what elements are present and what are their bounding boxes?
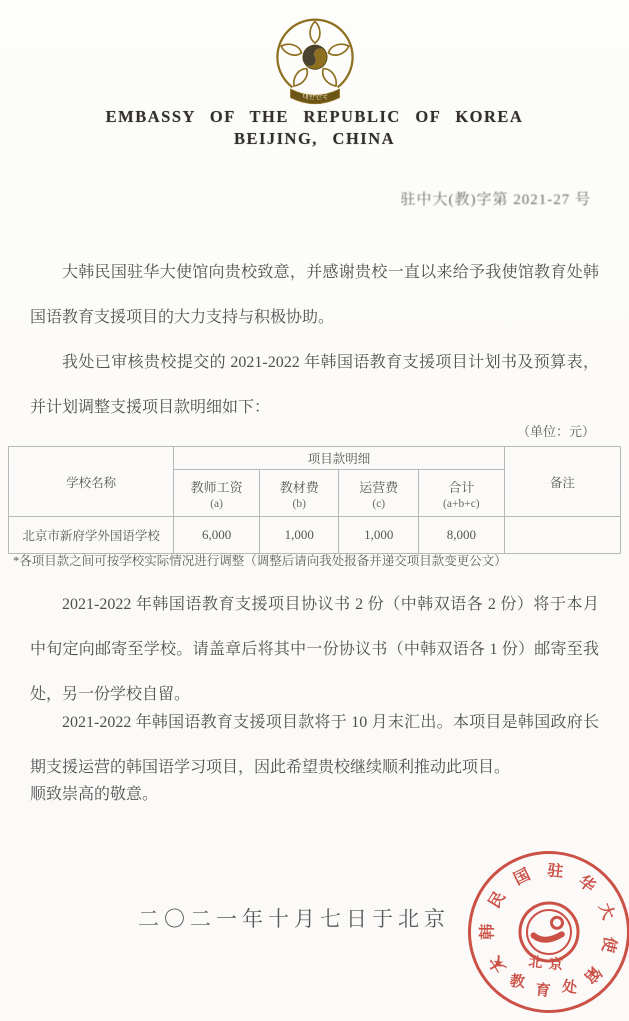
header-code: (a) (175, 498, 258, 510)
stamp-glyph: 北 (528, 957, 543, 972)
header-code: (b) (261, 498, 338, 510)
stamp-glyph: 驻 (546, 864, 564, 882)
embassy-title-line1: EMBASSY OF THE REPUBLIC OF KOREA (0, 106, 629, 128)
korea-national-emblem-icon: 대한민국 (268, 10, 362, 115)
cell-operation-fee: 1,000 (339, 517, 419, 554)
paragraph-greeting: 大韩民国驻华大使馆向贵校致意，并感谢贵校一直以来给予我使馆教育处韩国语教育支援项… (30, 250, 599, 340)
table-header-operation-fee: 运营费 (c) (339, 470, 419, 517)
header-label: 教材费 (280, 480, 319, 495)
emblem-banner-text: 대한민국 (302, 92, 328, 101)
header-code: (a+b+c) (420, 498, 503, 510)
cell-school-name: 北京市新府学外国语学校 (9, 517, 174, 554)
stamp-glyph: 育 (534, 983, 551, 999)
stamp-glyph: 使 (598, 935, 617, 954)
table-header-group: 项目款明细 (174, 447, 504, 470)
paragraph-review: 我处已审核贵校提交的 2021-2022 年韩国语教育支援项目计划书及预算表，并… (30, 340, 599, 430)
embassy-title-line2: BEIJING, CHINA (0, 128, 629, 150)
table-header-school: 学校名称 (9, 447, 174, 517)
embassy-education-office-stamp-icon: 大韩民国驻华大使馆★教育处★北京 (460, 843, 629, 1021)
cell-total: 8,000 (419, 517, 505, 554)
stamp-glyph: 京 (548, 959, 563, 974)
date-line: 二〇二一年十月七日于北京 (138, 903, 450, 933)
header-label: 合计 (448, 480, 474, 495)
stamp-glyph: 民 (487, 889, 509, 911)
header-code: (c) (340, 498, 417, 510)
table-row: 北京市新府学外国语学校 6,000 1,000 1,000 8,000 (9, 517, 621, 554)
cell-textbook-fee: 1,000 (259, 517, 339, 554)
table-header-teacher-salary: 教师工资 (a) (174, 470, 260, 517)
stamp-glyph: 华 (575, 873, 597, 895)
stamp-glyph: 大 (595, 901, 616, 922)
closing-salutation: 顺致崇高的敬意。 (30, 772, 599, 817)
stamp-glyph: ★ (587, 968, 598, 980)
table-header-textbook-fee: 教材费 (b) (259, 470, 339, 517)
stamp-glyph: 国 (512, 867, 533, 888)
official-letter-page: 대한민국 EMBASSY OF THE REPUBLIC OF KOREA BE… (0, 0, 629, 1021)
stamp-glyph: ★ (493, 958, 504, 970)
header-label: 教师工资 (191, 480, 243, 495)
stamp-glyph: 教 (509, 975, 526, 991)
table-header-total: 合计 (a+b+c) (419, 470, 505, 517)
cell-remark (504, 517, 620, 554)
reference-number: 驻中大(教)字第 2021-27 号 (401, 188, 592, 209)
cell-teacher-salary: 6,000 (174, 517, 260, 554)
stamp-glyph: 处 (561, 980, 578, 996)
stamp-glyph: 韩 (481, 924, 497, 940)
paragraph-agreement: 2021-2022 年韩国语教育支援项目协议书 2 份（中韩双语各 2 份）将于… (30, 582, 599, 717)
table-footnote: *各项目款之间可按学校实际情况进行调整（调整后请向我处报备并递交项目款变更公文） (13, 551, 609, 569)
header-label: 运营费 (359, 480, 398, 495)
embassy-title: EMBASSY OF THE REPUBLIC OF KOREA BEIJING… (0, 106, 629, 150)
budget-table: 学校名称 项目款明细 备注 教师工资 (a) 教材费 (b) 运营费 (c) 合… (8, 446, 621, 554)
table-header-remark: 备注 (504, 447, 620, 517)
unit-note: （单位：元） (517, 421, 595, 440)
